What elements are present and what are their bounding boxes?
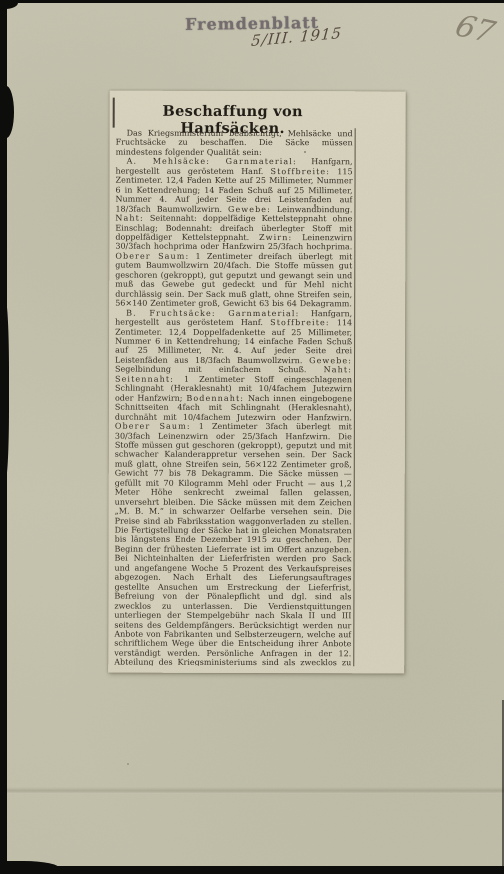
handwritten-page-number: 67 [451, 9, 499, 50]
newspaper-clipping: Beschaffung von Hanfsäcken. Das Kriegsmi… [108, 91, 406, 674]
article-body: Das Kriegsministerium beabsichtigt, Mehl… [114, 129, 352, 667]
body-text: Segelbindung mit einfachem Schuß. [115, 365, 324, 375]
body-text: Leinwandbindung. [271, 205, 353, 214]
emphasized-term: Bodennaht: [186, 394, 244, 403]
body-text: 1 Zentimeter dreifach überlegt mit gutem… [115, 252, 352, 309]
column-rule-right [353, 128, 356, 666]
body-text: Das Kriegsministerium beabsichtigt, Mehl… [116, 129, 353, 157]
album-page-paper: Fremdenblatt 5/III. 1915 67 Beschaffung … [7, 3, 504, 866]
emphasized-term: Stoffbreite: [271, 167, 331, 176]
article-paragraph: B. Fruchtsäcke: Garnmaterial: Hanfgarn, … [114, 308, 352, 666]
scan-edge-tear [0, 300, 9, 480]
emphasized-term: Naht: [115, 214, 143, 223]
column-rule-left-fragment [113, 98, 115, 128]
body-text: 1 Zentimeter 3fach überlegt mit 30/3fach… [114, 422, 352, 666]
emphasized-term: Gewebe: [309, 356, 352, 365]
emphasized-term: Stoffbreite: [270, 318, 330, 327]
article-paragraph: A. Mehlsäcke: Garnmaterial: Hanfgarn, he… [115, 157, 352, 309]
emphasized-term: A. Mehlsäcke: Garnmaterial: [127, 157, 297, 166]
emphasized-term: Oberer Saum: [115, 252, 189, 261]
scanned-page: Fremdenblatt 5/III. 1915 67 Beschaffung … [0, 0, 504, 874]
emphasized-term: Gewebe: [228, 205, 271, 214]
emphasized-term: Oberer Saum: [115, 422, 191, 431]
article-paragraph: Das Kriegsministerium beabsichtigt, Mehl… [116, 129, 353, 158]
dust-speck [127, 763, 129, 765]
emphasized-term: B. Fruchtsäcke: Garnmaterial: [126, 308, 299, 317]
dust-speck [304, 151, 306, 153]
scan-edge-tear [0, 861, 60, 874]
emphasized-term: Zwirn: [259, 233, 292, 242]
paper-crease [7, 787, 504, 794]
dust-speck [314, 204, 316, 206]
